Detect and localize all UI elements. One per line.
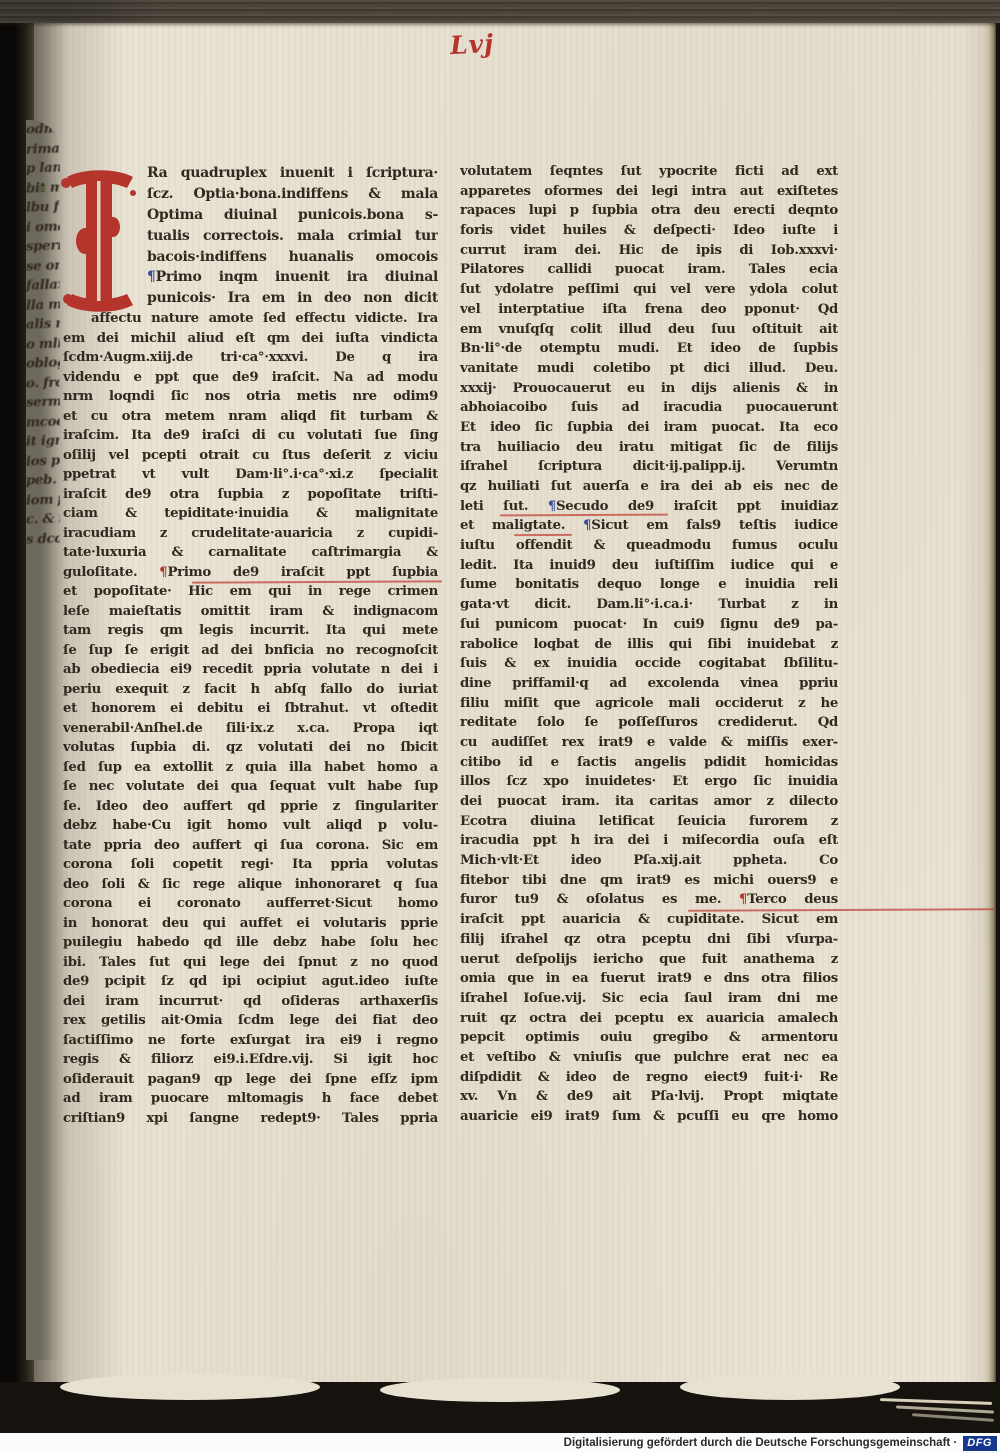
text-line: ciam & tepiditate·inuidia & malignitate xyxy=(63,504,438,524)
pilcrow-mark: ¶ xyxy=(583,518,591,533)
page-bottom-deckle xyxy=(680,1374,900,1400)
text-line: em vnuſqſq colit illud deu ſuu oſtituit … xyxy=(460,320,838,340)
text-line: ſe. Ideo deo auffert qd pprie z ſingular… xyxy=(63,797,438,817)
right-column: volutatem ſeqntes ſut ypocrite ficti ad … xyxy=(460,162,838,1127)
adjacent-page-ghost-text: odmrimap lanabit mamlbu fuui omanspernos… xyxy=(26,120,60,549)
text-line: rapaces lupi p ſupbia otra deu erecti de… xyxy=(460,201,838,221)
text-line: nrm loqndi ſic nos otria metis nre odim9 xyxy=(63,387,438,407)
text-line: ſcz. Optia·bona.indiffens & mala xyxy=(147,184,438,205)
text-line: xv. Vn & de9 ait Pſa·lvij. Propt miqtate xyxy=(460,1087,838,1107)
text-line: ſcdm·Augm.xiij.de tri·ca°·xxxvi. De q ir… xyxy=(63,348,438,368)
text-line: currut iram dei. Hic de ipis di Iob.xxxv… xyxy=(460,241,838,261)
text-line: iſrahel ſcriptura dicit·ij.palipp.ij. Ve… xyxy=(460,457,838,477)
text-line: ſuis & ex inuidia occide cogitabat ſbſil… xyxy=(460,654,838,674)
page-right-edge xyxy=(985,22,996,1382)
text-line: videndu e ppt que de9 iraſcit. Na ad mod… xyxy=(63,368,438,388)
text-line: Bn·li°·de otemptu mudi. Et ideo de ſupbi… xyxy=(460,339,838,359)
text-line: diſpdidit & ideo de regno eiect9 fuit·i·… xyxy=(460,1068,838,1088)
text-line: o. from xyxy=(26,373,60,394)
text-line: deo ſoli & ſic rege alique inhonoraret q… xyxy=(63,875,438,895)
text-line: tate ppria deo auffert qi ſua corona. Si… xyxy=(63,836,438,856)
text-line: uerut deſpolijs iericho que fuit anathem… xyxy=(460,950,838,970)
text-line: serm lim xyxy=(26,392,60,413)
text-line: Pilatores callidi puocat iram. Tales eci… xyxy=(460,260,838,280)
text-line: reditate ſolo ſe poſſeſſuros crediderut.… xyxy=(460,713,838,733)
text-line: citibo id e ſactis angelis pdidit homici… xyxy=(460,753,838,773)
text-line: fallax i xyxy=(26,275,60,296)
text-line: sperno xyxy=(26,236,60,257)
text-line: iraſcit ppt auaricia & cupiditate. Sicut… xyxy=(460,910,838,930)
text-line: omia que in ea fuerut irat9 e dns otra f… xyxy=(460,969,838,989)
text-line: i oman xyxy=(26,217,60,238)
text-line: oſilij vel pcepti otrait cu ſtus deſerit… xyxy=(63,446,438,466)
text-line: iom fusin xyxy=(26,490,60,511)
text-line: tam regis qm legis incurrit. Ita qui met… xyxy=(63,621,438,641)
text-line: et veſtibo & vniuſis que pulchre erat ne… xyxy=(460,1048,838,1068)
text-line: dei iram incurrut· qd oſideras arthaxerſ… xyxy=(63,992,438,1012)
rubric-underline xyxy=(514,534,572,536)
left-column-text: affectu nature amote ſed effectu vidicte… xyxy=(63,309,438,1128)
text-line: ſume bonitatis dequo longe e inuidia rel… xyxy=(460,575,838,595)
text-line: bacois·indiffens huanalis omocois xyxy=(147,247,438,268)
text-line: ſut ydolatre peſſimi qui vel vere ydola … xyxy=(460,280,838,300)
text-line: vanitate mudi coletibo pt dici illud. De… xyxy=(460,359,838,379)
text-line: Et ideo ſic ſupbia dei iram puocat. Ita … xyxy=(460,418,838,438)
text-line: dei puocat iram. ita caritas amor z dile… xyxy=(460,792,838,812)
text-line: corona ei coronato aufferret·Sicut homo xyxy=(63,894,438,914)
text-line: ſui punicom puocat· In cui9 ſignu de9 pa… xyxy=(460,615,838,635)
text-line: foris videt huiles & deſpecti· Ideo iuſt… xyxy=(460,221,838,241)
text-line: ledit. Ita inuid9 deu iuſtiſſim iudice q… xyxy=(460,556,838,576)
page-bottom-deckle xyxy=(60,1374,320,1400)
text-line: ſactiſſimo ne forte exſurgat ira ei9 i r… xyxy=(63,1031,438,1051)
text-line: debz habe·Cu igit homo vult aliqd p volu… xyxy=(63,816,438,836)
text-line: lla mop xyxy=(26,295,60,316)
text-line: tualis correctois. mala crimial tur xyxy=(147,226,438,247)
text-line: ab obediecia ei9 recedit ppria volutate … xyxy=(63,660,438,680)
text-line: gata·vt dicit. Dam.li°·i.ca.i· Turbat z … xyxy=(460,595,838,615)
text-line: filij iſrahel qz otra pceptu dni ſibi vſ… xyxy=(460,930,838,950)
page-bottom-deckle xyxy=(380,1378,620,1402)
text-line: rima xyxy=(26,139,60,160)
text-line: o mlim xyxy=(26,334,60,355)
text-line: ¶Primo inqm inuenit ira diuinal xyxy=(147,267,438,288)
text-line: ad iram puocare mltomagis h face debet xyxy=(63,1089,438,1109)
text-line: punicois· Ira em in deo non dicit xyxy=(147,288,438,309)
text-line: abhoiacoibo ſuis ad iracudia puocauerunt xyxy=(460,398,838,418)
text-line: tate·luxuria & carnalitate caſtrimargia … xyxy=(63,543,438,563)
text-line: et maligtate. ¶Sicut em fals9 teſtis iud… xyxy=(460,516,838,536)
text-line: ſe ſup ſe erigit ad dei bnficia no recog… xyxy=(63,641,438,661)
text-line: et popoſitate· Hic em qui in rege crimen xyxy=(63,582,438,602)
text-line: in honorat deu qui auffet ei volutaris p… xyxy=(63,914,438,934)
text-line: odm xyxy=(26,120,60,140)
text-line: rabolice loqbat de illis qui ſibi inuide… xyxy=(460,635,838,655)
text-line: ſe nec volutate dei qua ſequat vult habe… xyxy=(63,777,438,797)
text-line: fitebor tibi dne qm irat9 es michi ouers… xyxy=(460,871,838,891)
text-line: Ecotra diuina letificat ſeuicia furorem … xyxy=(460,812,838,832)
text-line: iraſcim. Ita de9 iraſci di cu volutati ſ… xyxy=(63,426,438,446)
text-line: leſe maieſtatis omittit iram & indignaco… xyxy=(63,602,438,622)
text-line: Optima diuinal punicois.bona s- xyxy=(147,205,438,226)
text-line: volutatem ſeqntes ſut ypocrite ficti ad … xyxy=(460,162,838,182)
text-line: c. & ioo xyxy=(26,509,60,530)
text-line: se onde xyxy=(26,256,60,277)
text-line: furor tu9 & oſolatus es me. ¶Terco deus xyxy=(460,890,838,910)
text-line: apparetes oformes dei legi intra aut exi… xyxy=(460,182,838,202)
right-column-text: volutatem ſeqntes ſut ypocrite ficti ad … xyxy=(460,162,838,1127)
text-line: et honorem ei debitu ei ſbtrahut. vt oſt… xyxy=(63,699,438,719)
text-line: alis mp xyxy=(26,314,60,335)
text-line: s dco obi xyxy=(26,529,60,550)
text-line: venerabil·Anſhel.de ſili·ix.z x.ca. Prop… xyxy=(63,719,438,739)
text-line: iracudia ppt h ira dei i miſecordia ouſa… xyxy=(460,831,838,851)
text-line: regis & filiorz ei9.i.Eſdre.vij. Si igit… xyxy=(63,1050,438,1070)
digitization-footer: Digitalisierung gefördert durch die Deut… xyxy=(0,1433,1000,1453)
text-line: et cu otra metem nram aliqd fit turbam & xyxy=(63,407,438,427)
text-line: volutas ſupbia di. qz volutati dei no ſb… xyxy=(63,738,438,758)
text-line: Mich·vlt·Et ideo Pſa.xij.ait ppheta. Co xyxy=(460,851,838,871)
text-line: dine priffamil·q ad excolenda vinea ppri… xyxy=(460,674,838,694)
text-line: xxxij· Prouocauerut eu in dijs alienis &… xyxy=(460,379,838,399)
book-top-page-edges xyxy=(0,0,1000,23)
text-line: cu audiſſet rex irat9 e valde & miſſis e… xyxy=(460,733,838,753)
text-line: rex getilis ait·Omia ſcdm lege dei fiat … xyxy=(63,1011,438,1031)
text-line: criſtian9 xpi ſangne redept9· Tales ppri… xyxy=(63,1109,438,1129)
text-line: de9 pcipit ſz qd ipi ocipiut agut.ideo i… xyxy=(63,972,438,992)
text-line: em dei michil aliud eſt qm dei iuſta vin… xyxy=(63,329,438,349)
text-line: it ignm xyxy=(26,431,60,452)
text-line: periu exequit z facit h abſq fallo do iu… xyxy=(63,680,438,700)
text-line: tra huiliacio deu iratu mitigat ſic de f… xyxy=(460,438,838,458)
text-line: pepcit optimis ouiu gregibo & armentoru xyxy=(460,1028,838,1048)
text-line: iuſtu offendit & queadmodu fumus oculu xyxy=(460,536,838,556)
folio-number: Lvj xyxy=(449,29,495,60)
dfg-logo: DFG xyxy=(963,1436,997,1451)
text-line: ruit qz octra dei pceptu ex auaricia ama… xyxy=(460,1009,838,1029)
text-line: Ra quadruplex inuenit i ſcriptura· xyxy=(147,163,438,184)
pilcrow-mark: ¶ xyxy=(548,499,556,514)
book-scan: odmrimap lanabit mamlbu fuui omanspernos… xyxy=(0,0,1000,1453)
adjacent-page-edge: odmrimap lanabit mamlbu fuui omanspernos… xyxy=(26,120,60,1360)
left-column-initial-block: Ra quadruplex inuenit i ſcriptura·ſcz. O… xyxy=(147,163,438,309)
text-line: corona ſoli copetit regi· Ita ppria volu… xyxy=(63,855,438,875)
pilcrow-mark: ¶ xyxy=(147,269,156,285)
left-column: Ra quadruplex inuenit i ſcriptura·ſcz. O… xyxy=(63,163,438,1128)
text-line: qz huiliati ſut auerſa e ira dei ab eis … xyxy=(460,477,838,497)
text-line: illos ſcz xpo inuidetes· Et ergo ſic inu… xyxy=(460,772,838,792)
text-line: iraſcit de9 otra ſupbia z popoſitate tri… xyxy=(63,485,438,505)
text-line: ppetrat vt vult Dam·li°.i·ca°·xi.z ſpeci… xyxy=(63,465,438,485)
text-line: iſrahel Ioſue.vij. Sic ecia ſaul iram dn… xyxy=(460,989,838,1009)
text-line: vel interptatiue iſta frena deo pponut· … xyxy=(460,300,838,320)
pilcrow-mark: ¶ xyxy=(739,892,747,907)
decorated-initial-I xyxy=(59,165,139,317)
text-line: puilegiu habedo qd ille debz habe ſolu h… xyxy=(63,933,438,953)
pilcrow-mark: ¶ xyxy=(159,565,167,580)
text-line: auaricie ei9 irat9 ſum & pcuſſi eu qre h… xyxy=(460,1107,838,1127)
text-line: mcoes pol xyxy=(26,412,60,433)
text-line: p lana xyxy=(26,158,60,179)
text-line: peb. xxvi xyxy=(26,470,60,491)
text-line: oſiderauit pagan9 qp lege dei ſpne eſſz … xyxy=(63,1070,438,1090)
text-line: lbu fuu xyxy=(26,197,60,218)
text-line: filiu miſit que agricole mali occiderut … xyxy=(460,694,838,714)
text-line: oblogm xyxy=(26,353,60,374)
text-line: guloſitate. ¶Primo de9 iraſcit ppt ſupbi… xyxy=(63,563,438,583)
text-line: ios puib xyxy=(26,451,60,472)
text-line: iracudiam z crudelitate·auaricia z cupid… xyxy=(63,524,438,544)
text-line: ſed ſup ea extollit z quia illa habet ho… xyxy=(63,758,438,778)
digitization-credit: Digitalisierung gefördert durch die Deut… xyxy=(564,1437,958,1449)
text-line: ibi. Tales ſut qui lege dei ſpnut z no q… xyxy=(63,953,438,973)
